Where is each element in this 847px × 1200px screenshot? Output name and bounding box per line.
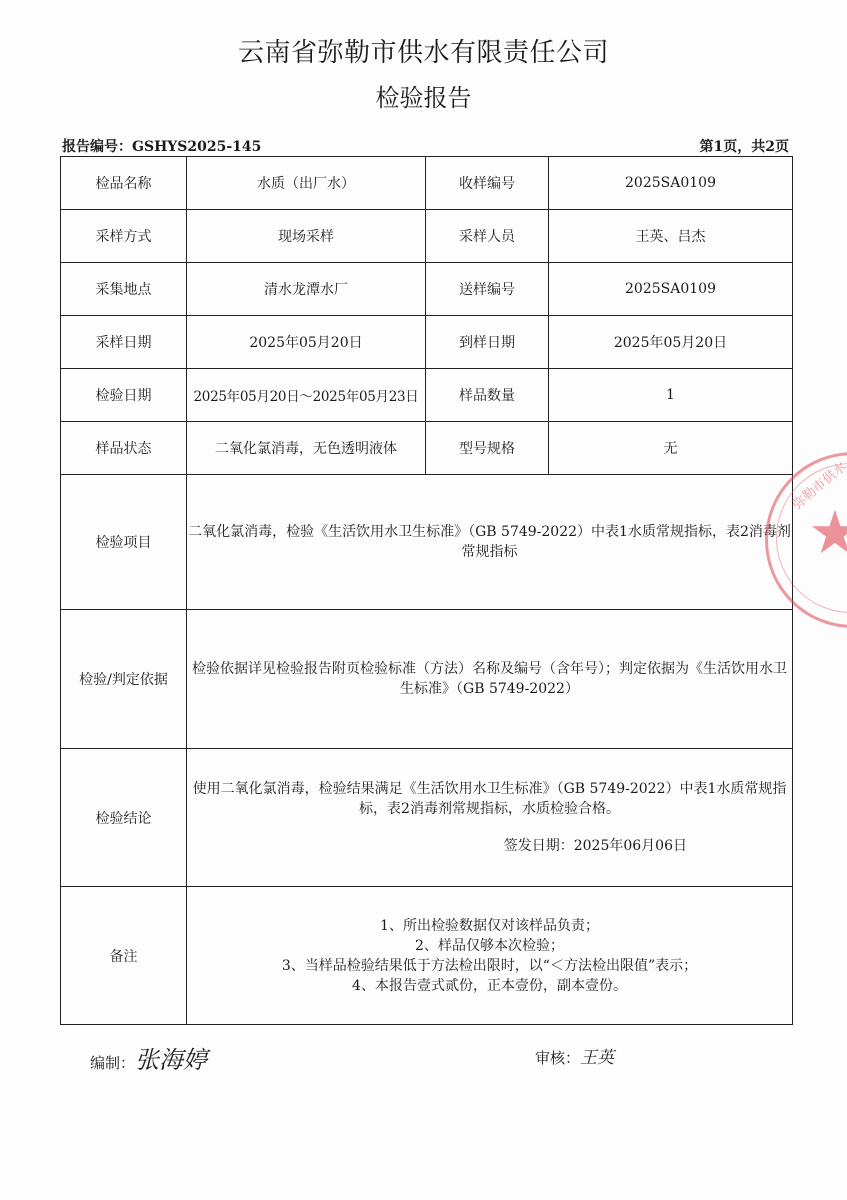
field-value: 2025年05月20日 (549, 316, 793, 369)
remarks-list: 1、所出检验数据仅对该样品负责； 2、样品仅够本次检验； 3、当样品检验结果低于… (187, 887, 793, 1025)
table-row: 检验日期 2025年05月20日～2025年05月23日 样品数量 1 (61, 369, 793, 422)
remarks-row: 备注 1、所出检验数据仅对该样品负责； 2、样品仅够本次检验； 3、当样品检验结… (61, 887, 793, 1025)
field-label: 采样方式 (61, 210, 187, 263)
field-label: 检品名称 (61, 157, 187, 210)
field-label: 收样编号 (426, 157, 549, 210)
issue-date: 签发日期：2025年06月06日 (187, 836, 792, 856)
conclusion-cell: 使用二氧化氯消毒，检验结果满足《生活饮用水卫生标准》（GB 5749-2022）… (187, 749, 793, 887)
field-value: 王英、吕杰 (549, 210, 793, 263)
field-label: 到样日期 (426, 316, 549, 369)
table-row: 样品状态 二氧化氯消毒，无色透明液体 型号规格 无 (61, 422, 793, 475)
table-row: 检品名称 水质（出厂水） 收样编号 2025SA0109 (61, 157, 793, 210)
inspection-items-row: 检验项目 二氧化氯消毒，检验《生活饮用水卫生标准》（GB 5749-2022）中… (61, 475, 793, 610)
inspection-items-label: 检验项目 (61, 475, 187, 610)
conclusion-row: 检验结论 使用二氧化氯消毒，检验结果满足《生活饮用水卫生标准》（GB 5749-… (61, 749, 793, 887)
report-number: 报告编号：GSHYS2025-145 (62, 136, 261, 156)
reviewer-signature: 王英 (580, 1048, 614, 1068)
remarks-label: 备注 (61, 887, 187, 1025)
remark-item: 2、样品仅够本次检验； (187, 936, 792, 956)
field-value: 2025年05月20日～2025年05月23日 (187, 369, 426, 422)
field-value: 二氧化氯消毒，无色透明液体 (187, 422, 426, 475)
editor-signature: 张海婷 (135, 1046, 207, 1074)
reviewer-signature-block: 审核：王英 (535, 1043, 614, 1068)
report-number-value: GSHYS2025-145 (132, 139, 261, 155)
inspection-items-text: 二氧化氯消毒，检验《生活饮用水卫生标准》（GB 5749-2022）中表1水质常… (187, 475, 793, 610)
field-label: 采样人员 (426, 210, 549, 263)
field-value: 无 (549, 422, 793, 475)
remark-item: 4、本报告壹式贰份，正本壹份，副本壹份。 (187, 976, 792, 996)
star-icon: ★ (808, 503, 847, 563)
field-label: 样品状态 (61, 422, 187, 475)
page-info: 第1页，共2页 (700, 136, 789, 156)
field-value: 现场采样 (187, 210, 426, 263)
field-label: 采集地点 (61, 263, 187, 316)
field-value: 清水龙潭水厂 (187, 263, 426, 316)
table-row: 采集地点 清水龙潭水厂 送样编号 2025SA0109 (61, 263, 793, 316)
seal-text: 弥勒市供水 (787, 456, 847, 512)
conclusion-label: 检验结论 (61, 749, 187, 887)
table-row: 采样方式 现场采样 采样人员 王英、吕杰 (61, 210, 793, 263)
remark-item: 1、所出检验数据仅对该样品负责； (187, 916, 792, 936)
table-row: 采样日期 2025年05月20日 到样日期 2025年05月20日 (61, 316, 793, 369)
field-label: 型号规格 (426, 422, 549, 475)
basis-row: 检验/判定依据 检验依据详见检验报告附页检验标准（方法）名称及编号（含年号）；判… (61, 610, 793, 749)
editor-signature-block: 编制：张海婷 (90, 1040, 207, 1075)
field-label: 采样日期 (61, 316, 187, 369)
field-value: 2025SA0109 (549, 157, 793, 210)
remark-item: 3、当样品检验结果低于方法检出限时，以“＜方法检出限值”表示； (187, 956, 792, 976)
report-title: 检验报告 (0, 78, 847, 113)
basis-label: 检验/判定依据 (61, 610, 187, 749)
field-value: 水质（出厂水） (187, 157, 426, 210)
field-label: 检验日期 (61, 369, 187, 422)
report-number-label: 报告编号： (62, 139, 132, 155)
basis-text: 检验依据详见检验报告附页检验标准（方法）名称及编号（含年号）；判定依据为《生活饮… (187, 610, 793, 749)
field-value: 1 (549, 369, 793, 422)
report-table: 检品名称 水质（出厂水） 收样编号 2025SA0109 采样方式 现场采样 采… (60, 156, 793, 1025)
company-name: 云南省弥勒市供水有限责任公司 (0, 32, 847, 69)
editor-label: 编制： (90, 1054, 135, 1072)
field-value: 2025年05月20日 (187, 316, 426, 369)
field-label: 样品数量 (426, 369, 549, 422)
conclusion-text: 使用二氧化氯消毒，检验结果满足《生活饮用水卫生标准》（GB 5749-2022）… (187, 779, 792, 819)
field-value: 2025SA0109 (549, 263, 793, 316)
field-label: 送样编号 (426, 263, 549, 316)
reviewer-label: 审核： (535, 1049, 580, 1067)
